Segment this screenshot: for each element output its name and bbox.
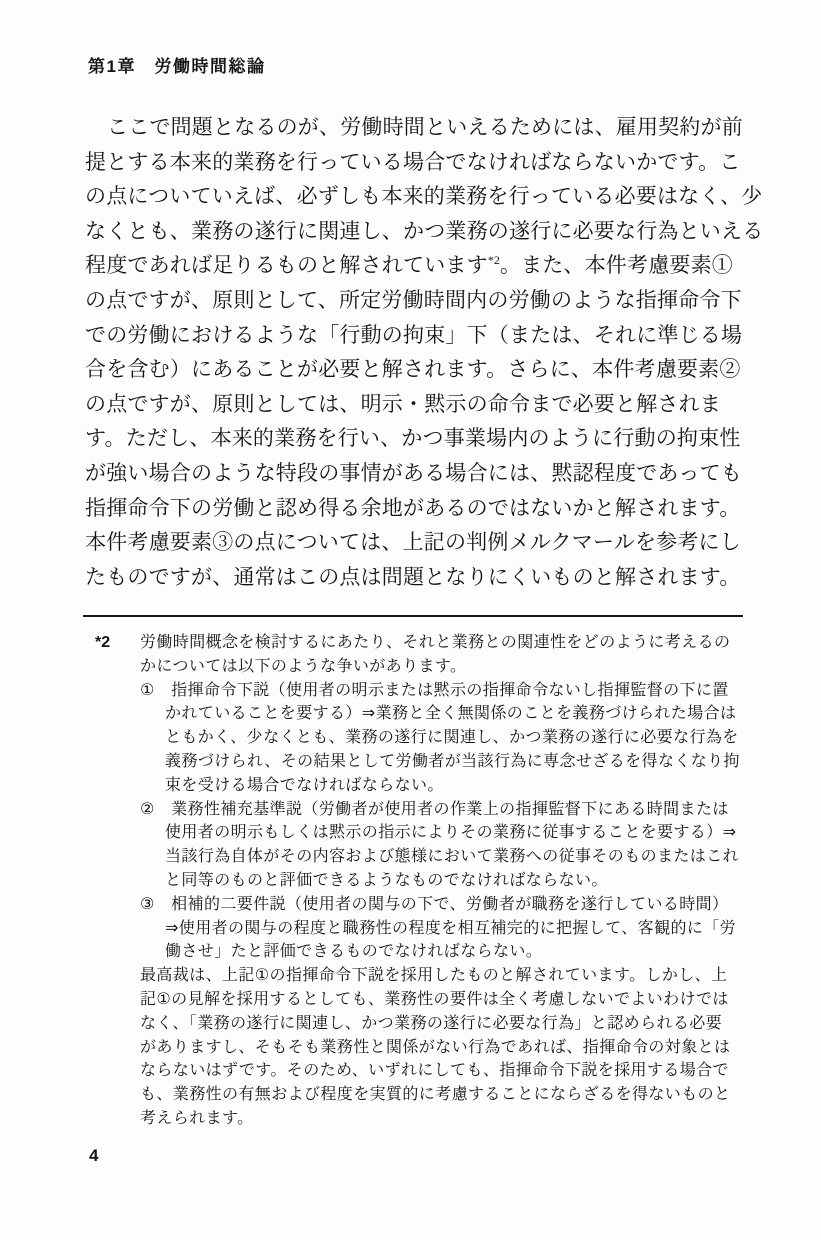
footnote-line: かについては以下のような争いがあります。 bbox=[140, 655, 747, 679]
footnote-lines: 労働時間概念を検討するにあたり、それと業務との関連性をどのように考えるのかについ… bbox=[140, 631, 747, 1131]
body-line: の点ですが、原則としては、明示・黙示の命令まで必要と解されま bbox=[85, 387, 747, 422]
body-line: なくとも、業務の遂行に関連し、かつ業務の遂行に必要な行為といえる bbox=[85, 214, 747, 249]
footnote-marker: *2 bbox=[95, 631, 110, 655]
footnote-line: 当該行為自体がその内容および態様において業務への従事そのものまたはこれ bbox=[165, 845, 747, 869]
footnote-line: 記①の見解を採用するとしても、業務性の要件は全く考慮しないでよいわけでは bbox=[140, 988, 747, 1012]
footnote-ref: *2 bbox=[488, 253, 500, 267]
chapter-header: 第1章 労働時間総論 bbox=[88, 52, 265, 77]
page: 第1章 労働時間総論 ここで問題となるのが、労働時間といえるためには、雇用契約が… bbox=[0, 0, 821, 1240]
body-line: たものですが、通常はこの点は問題となりにくいものと解されます。 bbox=[85, 560, 747, 595]
body-line: ここで問題となるのが、労働時間といえるためには、雇用契約が前 bbox=[85, 110, 747, 145]
footnote-divider bbox=[83, 615, 743, 617]
footnote-line: なく、「業務の遂行に関連し、かつ業務の遂行に必要な行為」と認められる必要 bbox=[140, 1012, 747, 1036]
footnote-line: 働させ」たと評価できるものでなければならない。 bbox=[165, 940, 747, 964]
footnote: *2 労働時間概念を検討するにあたり、それと業務との関連性をどのように考えるのか… bbox=[95, 631, 747, 1131]
body-text: ここで問題となるのが、労働時間といえるためには、雇用契約が前提とする本来的業務を… bbox=[85, 110, 747, 594]
footnote-line: がありますし、そもそも業務性と関係がない行為であれば、指揮命令の対象とは bbox=[140, 1036, 747, 1060]
body-line: 程度であれば足りるものと解されています*2。また、本件考慮要素① bbox=[85, 248, 747, 283]
footnote-line: ③ 相補的二要件説（使用者の関与の下で、労働者が職務を遂行している時間） bbox=[140, 893, 747, 917]
body-line: での労働におけるような「行動の拘束」下（または、それに準じる場 bbox=[85, 318, 747, 353]
footnote-line: かれていることを要する）⇒業務と全く無関係のことを義務づけられた場合は bbox=[165, 702, 747, 726]
footnote-line: 考えられます。 bbox=[140, 1107, 747, 1131]
body-line: 本件考慮要素③の点については、上記の判例メルクマールを参考にし bbox=[85, 525, 747, 560]
footnote-line: ⇒使用者の関与の程度と職務性の程度を相互補完的に把握して、客観的に「労 bbox=[165, 917, 747, 941]
footnote-line: 使用者の明示もしくは黙示の指示によりその業務に従事することを要する）⇒ bbox=[165, 821, 747, 845]
footnote-line: と同等のものと評価できるようなものでなければならない。 bbox=[165, 869, 747, 893]
body-line: 提とする本来的業務を行っている場合でなければならないかです。こ bbox=[85, 145, 747, 180]
page-number: 4 bbox=[89, 1146, 98, 1166]
body-line: す。ただし、本来的業務を行い、かつ事業場内のように行動の拘束性 bbox=[85, 421, 747, 456]
footnote-line: ならないはずです。そのため、いずれにしても、指揮命令下説を採用する場合で bbox=[140, 1059, 747, 1083]
footnote-line: 最高裁は、上記①の指揮命令下説を採用したものと解されています。しかし、上 bbox=[140, 964, 747, 988]
body-line: が強い場合のような特段の事情がある場合には、黙認程度であっても bbox=[85, 456, 747, 491]
body-line: の点についていえば、必ずしも本来的業務を行っている必要はなく、少 bbox=[85, 179, 747, 214]
footnote-line: ② 業務性補充基準説（労働者が使用者の作業上の指揮監督下にある時間または bbox=[140, 798, 747, 822]
footnote-line: 労働時間概念を検討するにあたり、それと業務との関連性をどのように考えるの bbox=[140, 631, 747, 655]
body-line: 指揮命令下の労働と認め得る余地があるのではないかと解されます。 bbox=[85, 491, 747, 526]
body-line: の点ですが、原則として、所定労働時間内の労働のような指揮命令下 bbox=[85, 283, 747, 318]
footnote-line: ① 指揮命令下説（使用者の明示または黙示の指揮命令ないし指揮監督の下に置 bbox=[140, 679, 747, 703]
footnote-line: 義務づけられ、その結果として労働者が当該行為に専念せざるを得なくなり拘 bbox=[165, 750, 747, 774]
body-line: 合を含む）にあることが必要と解されます。さらに、本件考慮要素② bbox=[85, 352, 747, 387]
footnote-line: 束を受ける場合でなければならない。 bbox=[165, 774, 747, 798]
footnote-line: も、業務性の有無および程度を実質的に考慮することにならざるを得ないものと bbox=[140, 1083, 747, 1107]
footnote-line: ともかく、少なくとも、業務の遂行に関連し、かつ業務の遂行に必要な行為を bbox=[165, 726, 747, 750]
